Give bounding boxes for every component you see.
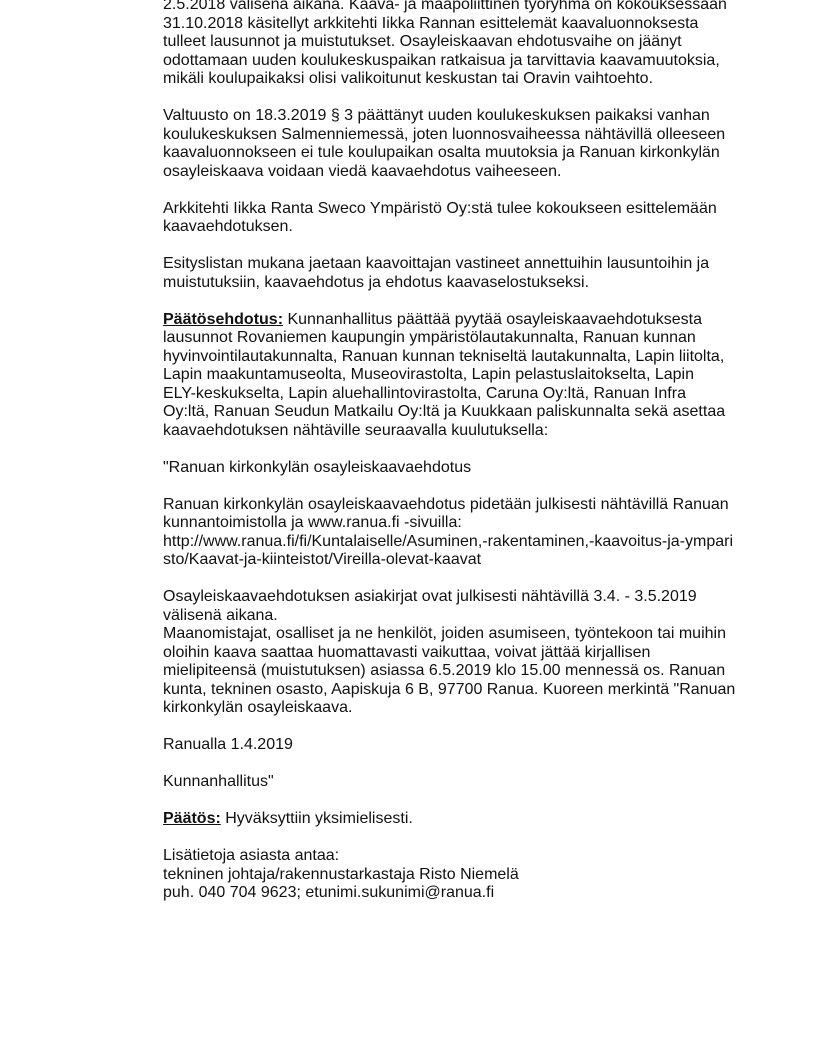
announcement-signature: Kunnanhallitus" (163, 773, 763, 792)
announcement-place-date: Ranualla 1.4.2019 (163, 736, 763, 755)
text-line: osayleiskaava voidaan viedä kaavaehdotus… (163, 163, 763, 182)
text-line: 31.10.2018 käsitellyt arkkitehti Iikka R… (163, 15, 763, 34)
announcement-title: "Ranuan kirkonkylän osayleiskaavaehdotus (163, 459, 763, 478)
paragraph-proposal: Päätösehdotus: Kunnanhallitus päättää py… (163, 311, 763, 441)
announcement-display: Ranuan kirkonkylän osayleiskaavaehdotus … (163, 496, 763, 570)
text-line: Ranualla 1.4.2019 (163, 736, 763, 755)
text-line: kunta, tekninen osasto, Aapiskuja 6 B, 9… (163, 681, 763, 700)
text-line: Lisätietoja asiasta antaa: (163, 847, 763, 866)
text-line: odottamaan uuden koulukeskuspaikan ratka… (163, 52, 763, 71)
text-line: Osayleiskaavaehdotuksen asiakirjat ovat … (163, 588, 763, 607)
decision-line: Päätös: Hyväksyttiin yksimielisesti. (163, 810, 763, 829)
proposal-label: Päätösehdotus: (163, 311, 283, 328)
text-line: oloihin kaava saattaa huomattavasti vaik… (163, 644, 763, 663)
paragraph-esityslista: Esityslistan mukana jaetaan kaavoittajan… (163, 255, 763, 292)
text-line: kaavaehdotuksen nähtäville seuraavalla k… (163, 422, 763, 441)
text-line: Maanomistajat, osalliset ja ne henkilöt,… (163, 625, 763, 644)
paragraph-arkkitehti: Arkkitehti Iikka Ranta Sweco Ympäristö O… (163, 200, 763, 237)
url-line: http://www.ranua.fi/fi/Kuntalaiselle/Asu… (163, 533, 763, 552)
text-line: 2.5.2018 välisenä aikana. Kaava- ja maap… (163, 0, 763, 15)
text-line: välisenä aikana. (163, 607, 763, 626)
text-line: Arkkitehti Iikka Ranta Sweco Ympäristö O… (163, 200, 763, 219)
text-line: lausunnot Rovaniemen kaupungin ympäristö… (163, 329, 763, 348)
text-line: Esityslistan mukana jaetaan kaavoittajan… (163, 255, 763, 274)
text-line: mielipiteensä (muistutuksen) asiassa 6.5… (163, 662, 763, 681)
paragraph-valtuusto: Valtuusto on 18.3.2019 § 3 päättänyt uud… (163, 107, 763, 181)
text-line: mikäli koulupaikaksi olisi valikoitunut … (163, 70, 763, 89)
text-line: ELY-keskukselta, Lapin aluehallintoviras… (163, 385, 763, 404)
text-line: tekninen johtaja/rakennustarkastaja Rist… (163, 866, 763, 885)
url-line: sto/Kaavat-ja-kiinteistot/Vireilla-oleva… (163, 551, 763, 570)
text-line: kaavaehdotuksen. (163, 218, 763, 237)
paragraph-decision: Päätös: Hyväksyttiin yksimielisesti. (163, 810, 763, 829)
text-line: "Ranuan kirkonkylän osayleiskaavaehdotus (163, 459, 763, 478)
text-line: muistutuksiin, kaavaehdotus ja ehdotus k… (163, 274, 763, 293)
text-line: Kunnanhallitus" (163, 773, 763, 792)
paragraph-intro-continuation: 2.5.2018 välisenä aikana. Kaava- ja maap… (163, 0, 763, 89)
text-line: tulleet lausunnot ja muistutukset. Osayl… (163, 33, 763, 52)
text-line: hyvinvointilautakunnalta, Ranuan kunnan … (163, 348, 763, 367)
proposal-text: Kunnanhallitus päättää pyytää osayleiska… (283, 311, 702, 328)
paragraph-contact: Lisätietoja asiasta antaa: tekninen joht… (163, 847, 763, 903)
document-page: 2.5.2018 välisenä aikana. Kaava- ja maap… (163, 0, 763, 903)
text-line: Oy:ltä, Ranuan Seudun Matkailu Oy:ltä ja… (163, 403, 763, 422)
contact-line: puh. 040 704 9623; etunimi.sukunimi@ranu… (163, 884, 763, 903)
text-line: kunnantoimistolla ja www.ranua.fi -sivui… (163, 514, 763, 533)
text-line: Valtuusto on 18.3.2019 § 3 päättänyt uud… (163, 107, 763, 126)
text-line: koulukeskuksen Salmenniemessä, joten luo… (163, 126, 763, 145)
text-line: kaavaluonnokseen ei tule koulupaikan osa… (163, 144, 763, 163)
decision-text: Hyväksyttiin yksimielisesti. (221, 810, 413, 827)
text-line: Lapin maakuntamuseolta, Museovirastolta,… (163, 366, 763, 385)
announcement-documents: Osayleiskaavaehdotuksen asiakirjat ovat … (163, 588, 763, 718)
decision-label: Päätös: (163, 810, 221, 827)
text-line: Ranuan kirkonkylän osayleiskaavaehdotus … (163, 496, 763, 515)
text-line: kirkonkylän osayleiskaava. (163, 699, 763, 718)
proposal-first-line: Päätösehdotus: Kunnanhallitus päättää py… (163, 311, 763, 330)
